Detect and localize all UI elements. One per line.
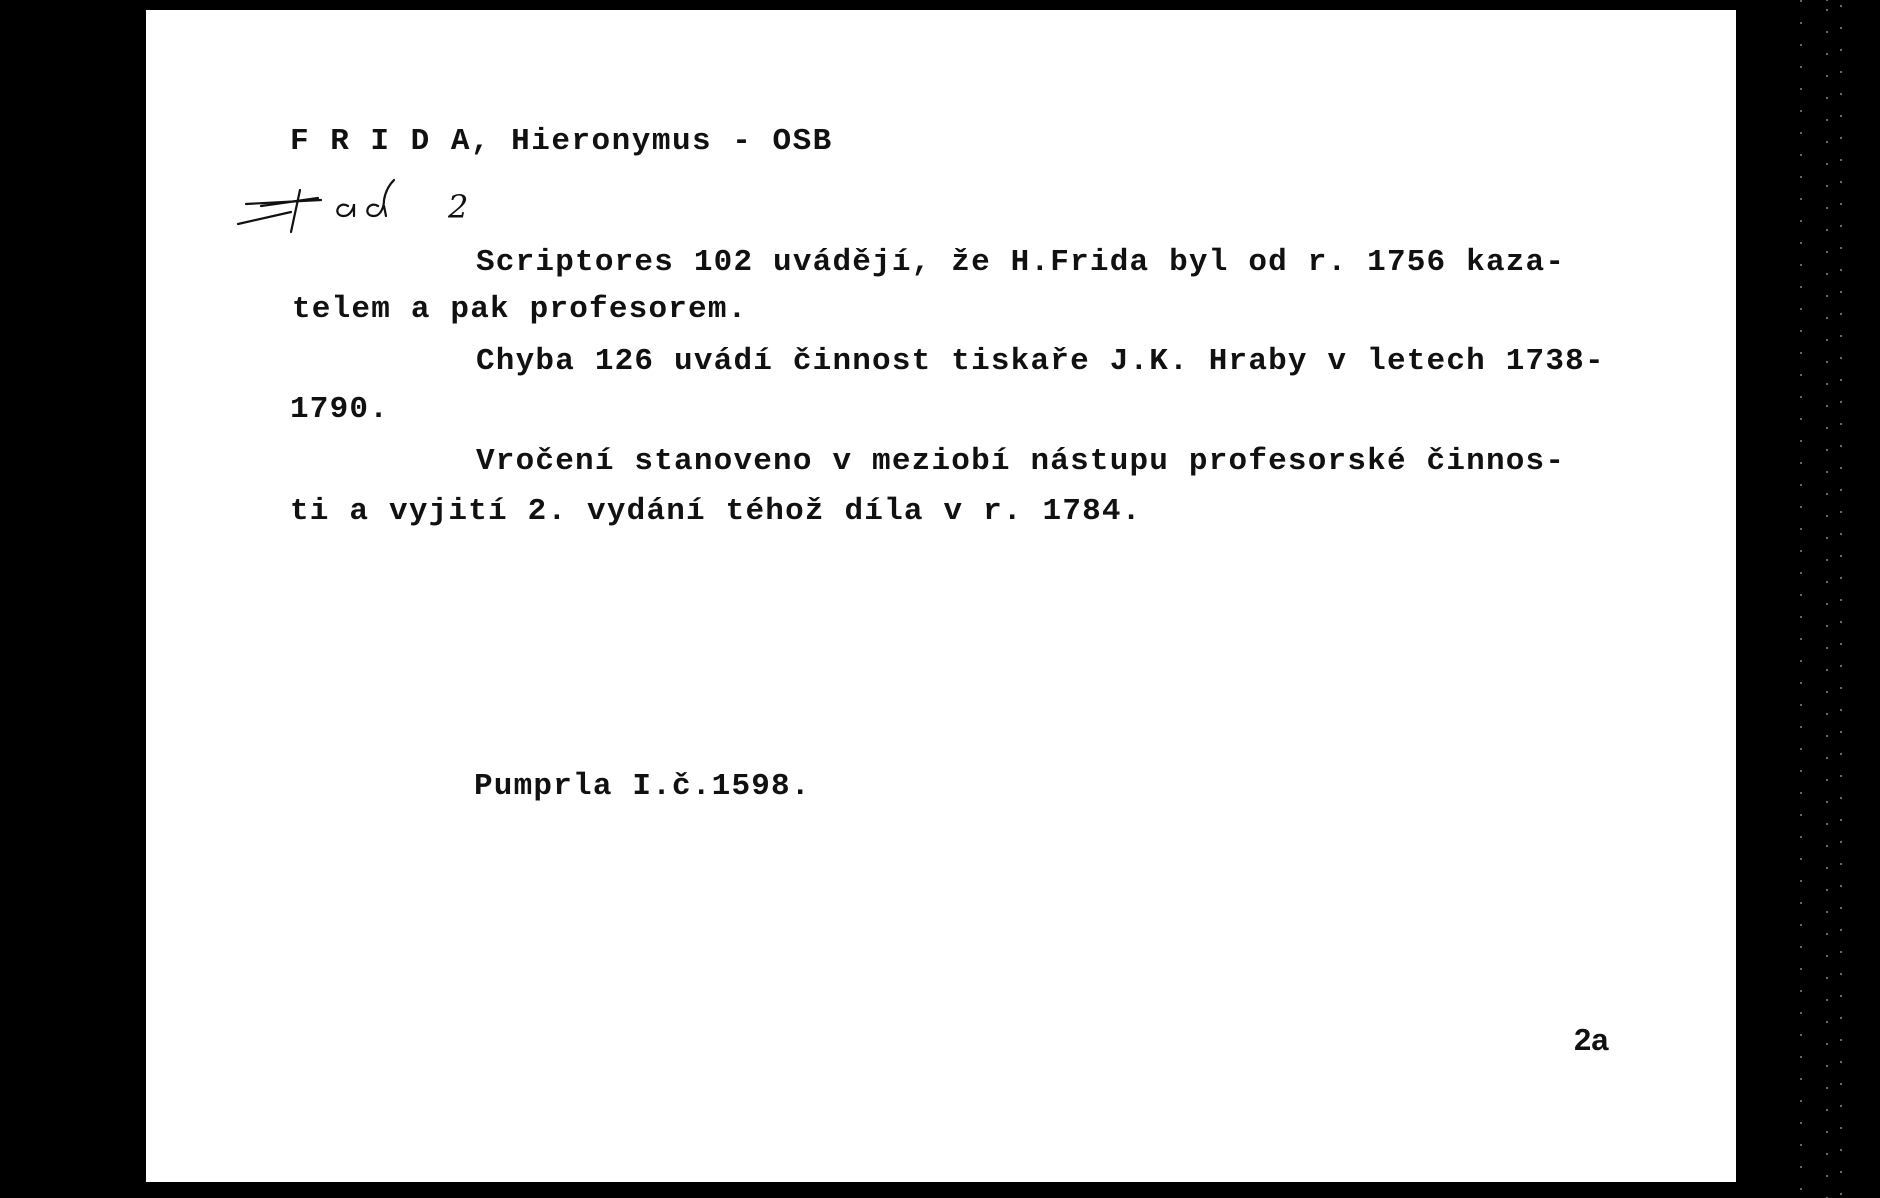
paragraph-1-line-1: Scriptores 102 uvádějí, že H.Frida byl o…	[476, 247, 1565, 278]
handwritten-annotation: 2	[236, 176, 486, 236]
paragraph-3-line-1: Vročení stanoveno v meziobí nástupu prof…	[476, 446, 1565, 477]
scan-noise	[1840, 0, 1842, 1198]
page-number: 2a	[1574, 1024, 1608, 1055]
paragraph-2-line-2: 1790.	[290, 394, 389, 425]
paragraph-3-line-2: ti a vyjití 2. vydání téhož díla v r. 17…	[290, 496, 1142, 527]
scan-noise	[1826, 0, 1828, 1198]
annotation-number: 2	[447, 188, 468, 226]
scanned-card-viewer: F R I D A, Hieronymus - OSB 2 Scriptores…	[0, 0, 1880, 1198]
card-heading: F R I D A, Hieronymus - OSB	[290, 126, 833, 157]
paragraph-1-line-2: telem a pak profesorem.	[292, 294, 747, 325]
scan-noise	[1800, 0, 1802, 1198]
paragraph-2-line-1: Chyba 126 uvádí činnost tiskaře J.K. Hra…	[476, 346, 1605, 377]
source-reference: Pumprla I.č.1598.	[474, 771, 811, 802]
scan-edge-strip	[1736, 0, 1880, 1198]
